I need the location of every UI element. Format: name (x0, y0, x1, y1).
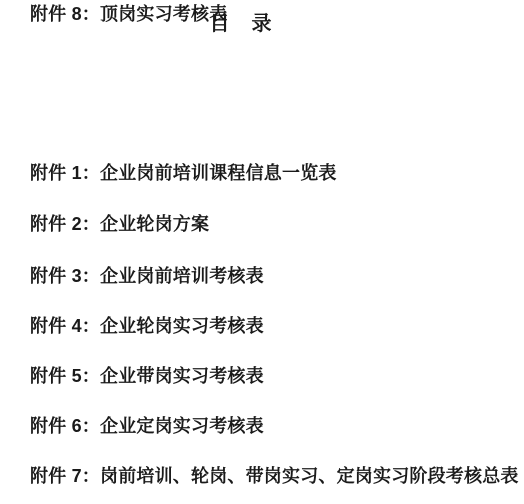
toc-item-attachment-3: 附件 3：企业岗前培训考核表 (30, 262, 264, 288)
document-page: 目 录 附件 1：企业岗前培训课程信息一览表 附件 2：企业轮岗方案 附件 3：… (0, 0, 524, 504)
toc-item-attachment-6: 附件 6：企业定岗实习考核表 (30, 412, 264, 438)
toc-item-attachment-8: 附件 8：顶岗实习考核表 (30, 0, 227, 26)
toc-item-attachment-4: 附件 4：企业轮岗实习考核表 (30, 312, 264, 338)
toc-item-attachment-5: 附件 5：企业带岗实习考核表 (30, 362, 264, 388)
toc-item-attachment-1: 附件 1：企业岗前培训课程信息一览表 (30, 159, 337, 185)
toc-item-attachment-2: 附件 2：企业轮岗方案 (30, 210, 209, 236)
toc-item-attachment-7: 附件 7：岗前培训、轮岗、带岗实习、定岗实习阶段考核总表 (30, 462, 519, 488)
